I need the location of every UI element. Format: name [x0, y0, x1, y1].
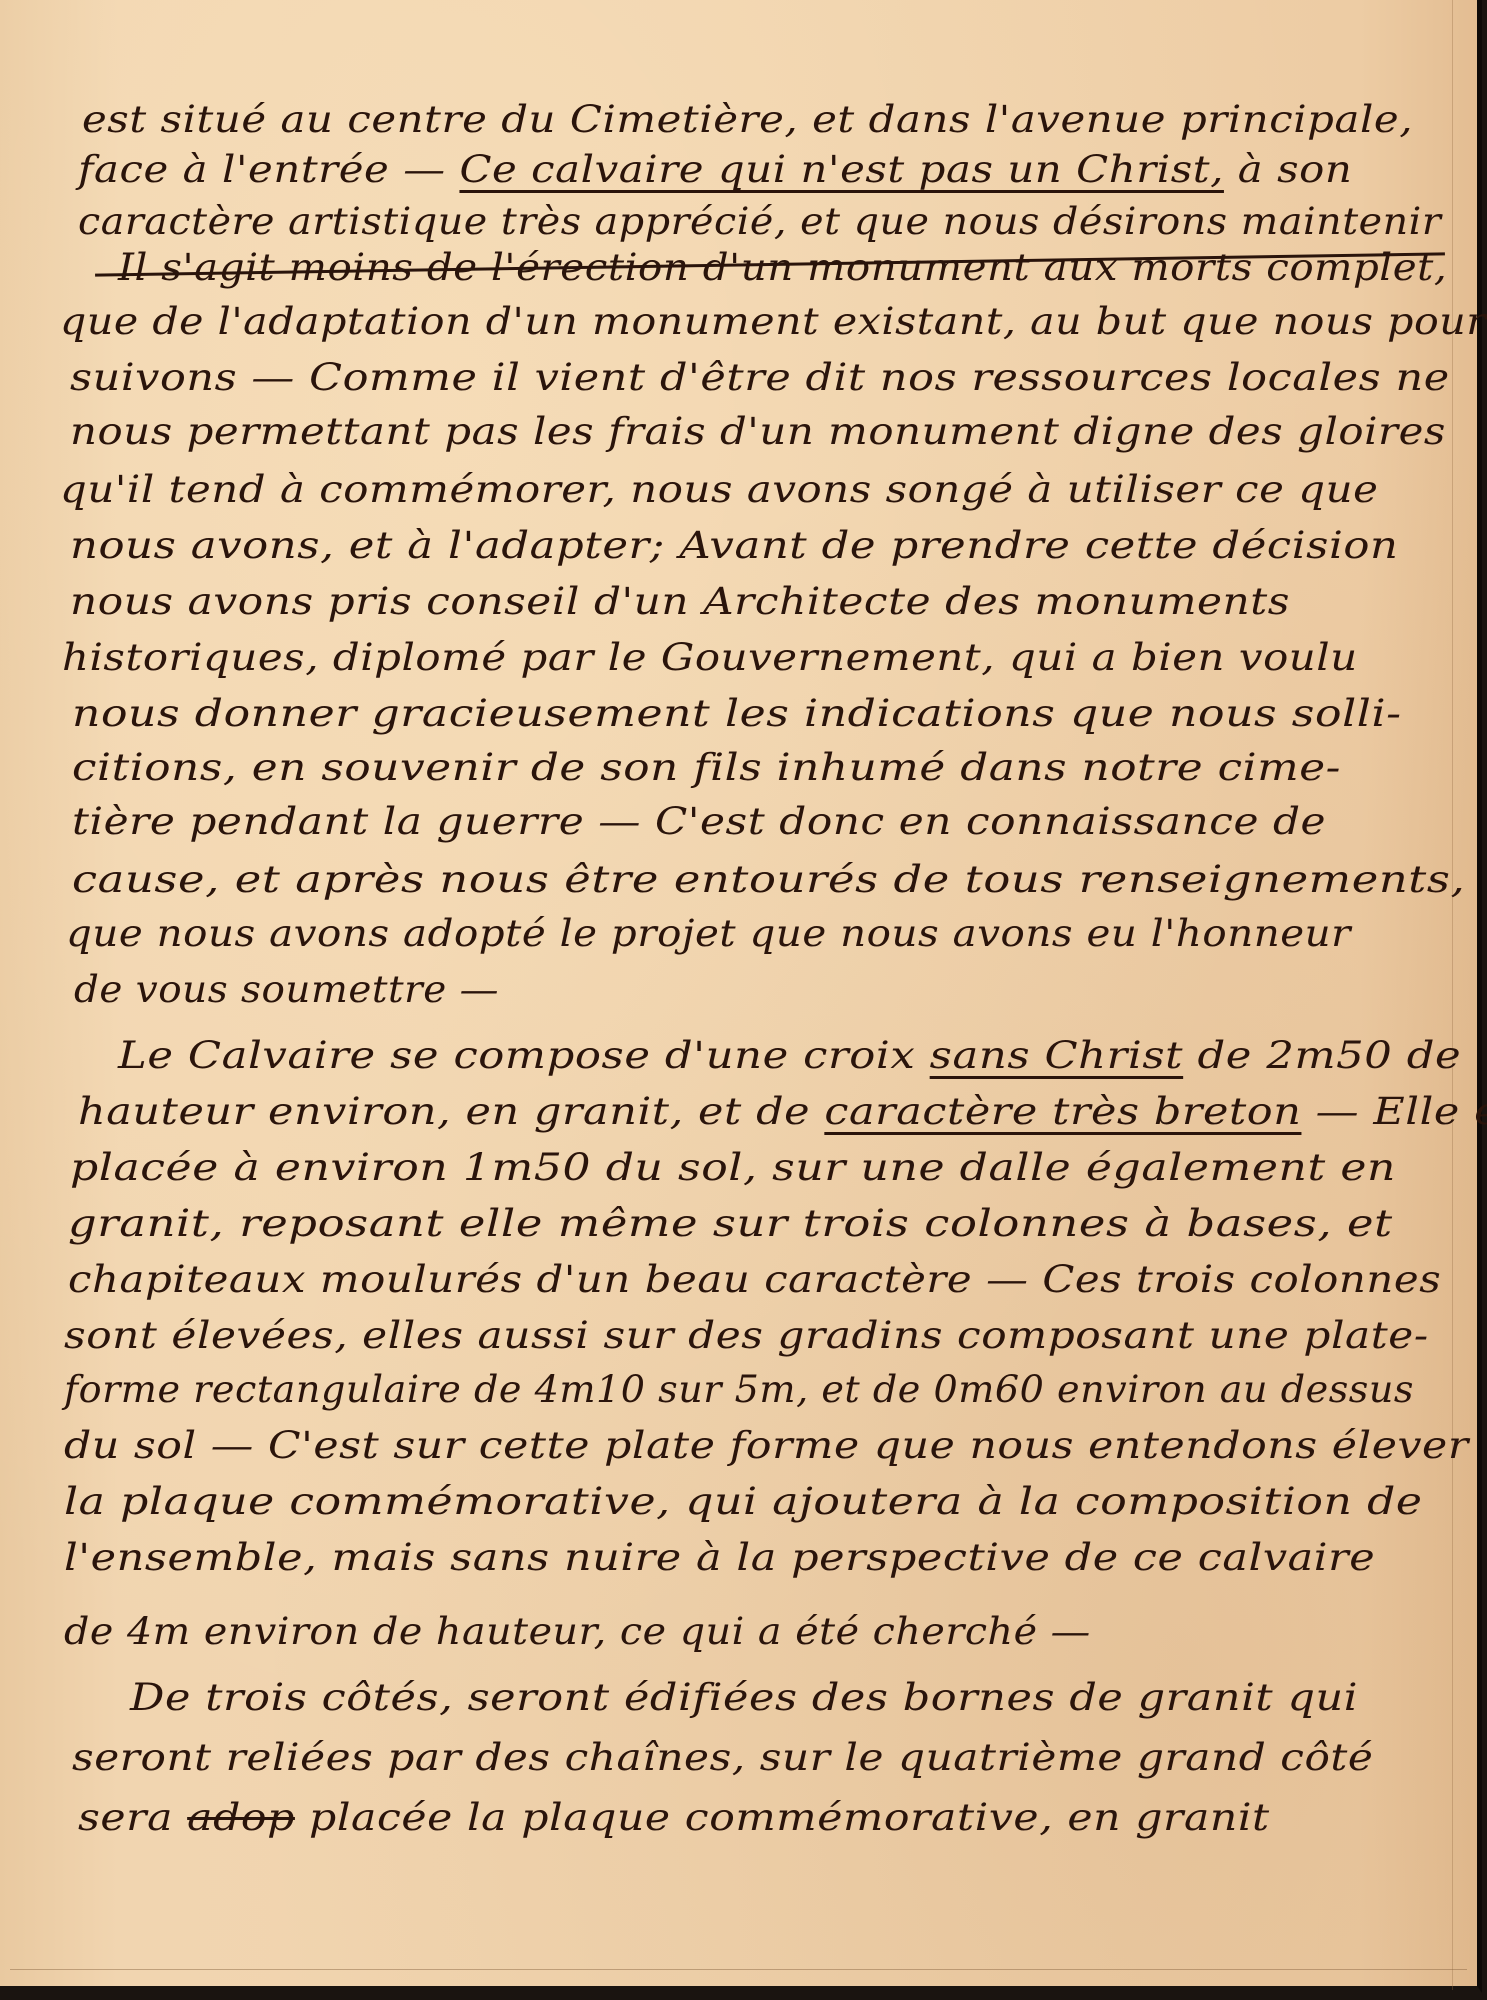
letter-line-26: la plaque commémorative, qui ajoutera à …	[64, 1480, 1423, 1524]
letter-line-17: de vous soumettre —	[74, 968, 499, 1012]
underlined-phrase: sans Christ	[930, 1034, 1183, 1077]
letter-line-14: tière pendant la guerre — C'est donc en …	[72, 800, 1326, 844]
letter-line-7: nous permettant pas les frais d'un monum…	[70, 410, 1446, 454]
letter-line-19: hauteur environ, en granit, et de caract…	[78, 1090, 1487, 1134]
paper-fold-right	[1452, 0, 1453, 1990]
letter-line-1: est situé au centre du Cimetière, et dan…	[82, 98, 1413, 142]
paper-fold-bottom	[10, 1969, 1467, 1970]
letter-line-15: cause, et après nous être entourés de to…	[72, 858, 1465, 902]
letter-line-13: citions, en souvenir de son fils inhumé …	[72, 746, 1341, 790]
letter-line-2: face à l'entrée — Ce calvaire qui n'est …	[78, 148, 1352, 192]
letter-line-5: que de l'adaptation d'un monument exista…	[60, 300, 1487, 344]
letter-line-30: seront reliées par des chaînes, sur le q…	[72, 1736, 1373, 1780]
letter-line-24: forme rectangulaire de 4m10 sur 5m, et d…	[64, 1368, 1414, 1412]
letter-line-6: suivons — Comme il vient d'être dit nos …	[70, 356, 1450, 400]
letter-line-27: l'ensemble, mais sans nuire à la perspec…	[64, 1536, 1375, 1580]
letter-line-11: historiques, diplomé par le Gouvernement…	[62, 636, 1358, 680]
underlined-phrase: caractère très breton	[824, 1090, 1301, 1133]
letter-line-28: de 4m environ de hauteur, ce qui a été c…	[64, 1610, 1091, 1654]
letter-line-22: chapiteaux moulurés d'un beau caractère …	[68, 1258, 1441, 1302]
letter-line-8: qu'il tend à commémorer, nous avons song…	[60, 468, 1378, 512]
letter-line-23: sont élevées, elles aussi sur des gradin…	[64, 1314, 1429, 1358]
letter-line-29: De trois côtés, seront édifiées des born…	[130, 1676, 1358, 1720]
underlined-phrase: Ce calvaire qui n'est pas un Christ,	[459, 148, 1223, 191]
letter-line-16: que nous avons adopté le projet que nous…	[66, 912, 1351, 956]
struck-word: adop	[187, 1796, 295, 1839]
letter-line-4: Il s'agit moins de l'érection d'un monum…	[118, 246, 1447, 290]
letter-line-12: nous donner gracieusement les indication…	[72, 692, 1402, 736]
letter-line-31: sera adop placée la plaque commémorative…	[78, 1796, 1270, 1840]
letter-page: est situé au centre du Cimetière, et dan…	[0, 0, 1482, 1993]
letter-line-10: nous avons pris conseil d'un Architecte …	[70, 580, 1290, 624]
letter-line-20: placée à environ 1m50 du sol, sur une da…	[70, 1146, 1396, 1190]
letter-line-25: du sol — C'est sur cette plate forme que…	[64, 1424, 1469, 1468]
letter-line-9: nous avons, et à l'adapter; Avant de pre…	[70, 524, 1399, 568]
letter-line-3: caractère artistique très apprécié, et q…	[78, 200, 1441, 244]
letter-line-21: granit, reposant elle même sur trois col…	[68, 1202, 1393, 1246]
letter-line-18: Le Calvaire se compose d'une croix sans …	[118, 1034, 1461, 1078]
